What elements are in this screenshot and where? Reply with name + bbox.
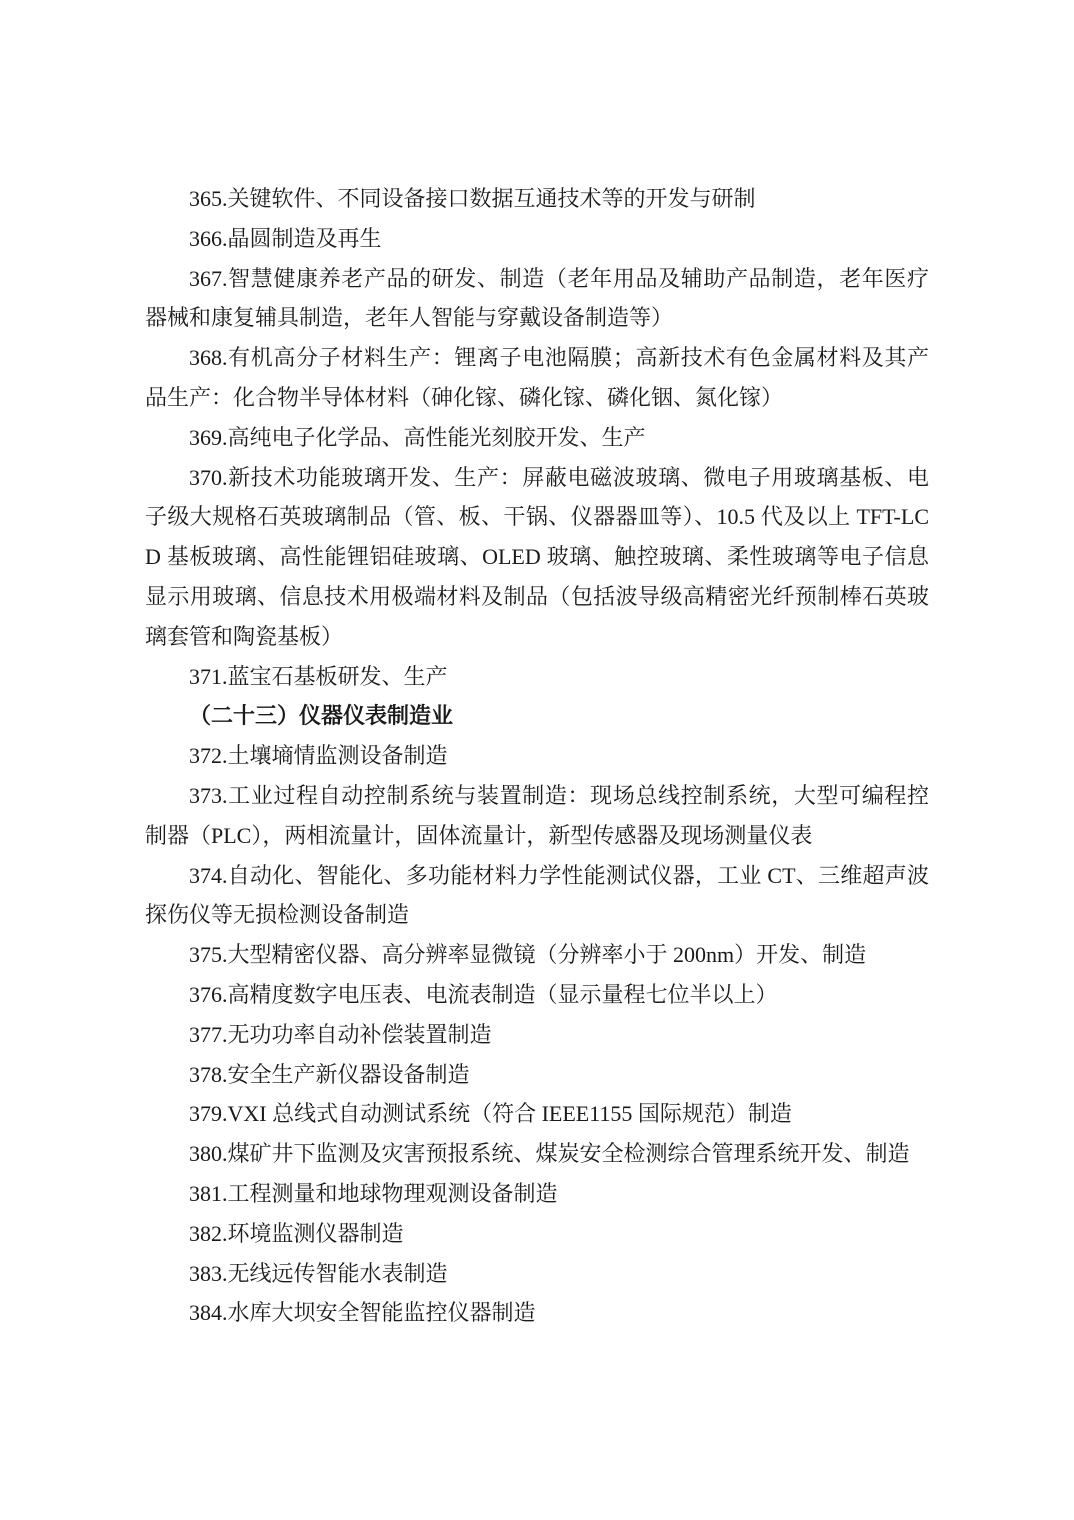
list-item-381: 381.工程测量和地球物理观测设备制造	[145, 1174, 929, 1214]
list-item-380: 380.煤矿井下监测及灾害预报系统、煤炭安全检测综合管理系统开发、制造	[145, 1134, 929, 1174]
list-item-374: 374.自动化、智能化、多功能材料力学性能测试仪器，工业 CT、三维超声波探伤仪…	[145, 856, 929, 936]
list-item-376: 376.高精度数字电压表、电流表制造（显示量程七位半以上）	[145, 975, 929, 1015]
list-item-372: 372.土壤墒情监测设备制造	[145, 736, 929, 776]
list-item-373: 373.工业过程自动控制系统与装置制造：现场总线控制系统，大型可编程控制器（PL…	[145, 776, 929, 856]
list-item-384: 384.水库大坝安全智能监控仪器制造	[145, 1293, 929, 1333]
list-item-371: 371.蓝宝石基板研发、生产	[145, 657, 929, 697]
list-item-370: 370.新技术功能玻璃开发、生产：屏蔽电磁波玻璃、微电子用玻璃基板、电子级大规格…	[145, 458, 929, 657]
list-item-366: 366.晶圆制造及再生	[145, 219, 929, 259]
list-item-365: 365.关键软件、不同设备接口数据互通技术等的开发与研制	[145, 179, 929, 219]
list-item-377: 377.无功功率自动补偿装置制造	[145, 1015, 929, 1055]
list-item-379: 379.VXI 总线式自动测试系统（符合 IEEE1155 国际规范）制造	[145, 1094, 929, 1134]
list-item-369: 369.高纯电子化学品、高性能光刻胶开发、生产	[145, 418, 929, 458]
list-item-367: 367.智慧健康养老产品的研发、制造（老年用品及辅助产品制造，老年医疗器械和康复…	[145, 259, 929, 339]
list-item-383: 383.无线远传智能水表制造	[145, 1254, 929, 1294]
section-heading-23: （二十三）仪器仪表制造业	[145, 696, 929, 736]
list-item-382: 382.环境监测仪器制造	[145, 1214, 929, 1254]
list-item-375: 375.大型精密仪器、高分辨率显微镜（分辨率小于 200nm）开发、制造	[145, 935, 929, 975]
list-item-368: 368.有机高分子材料生产：锂离子电池隔膜；高新技术有色金属材料及其产品生产：化…	[145, 338, 929, 418]
list-item-378: 378.安全生产新仪器设备制造	[145, 1055, 929, 1095]
document-page: 365.关键软件、不同设备接口数据互通技术等的开发与研制 366.晶圆制造及再生…	[0, 0, 1074, 1520]
